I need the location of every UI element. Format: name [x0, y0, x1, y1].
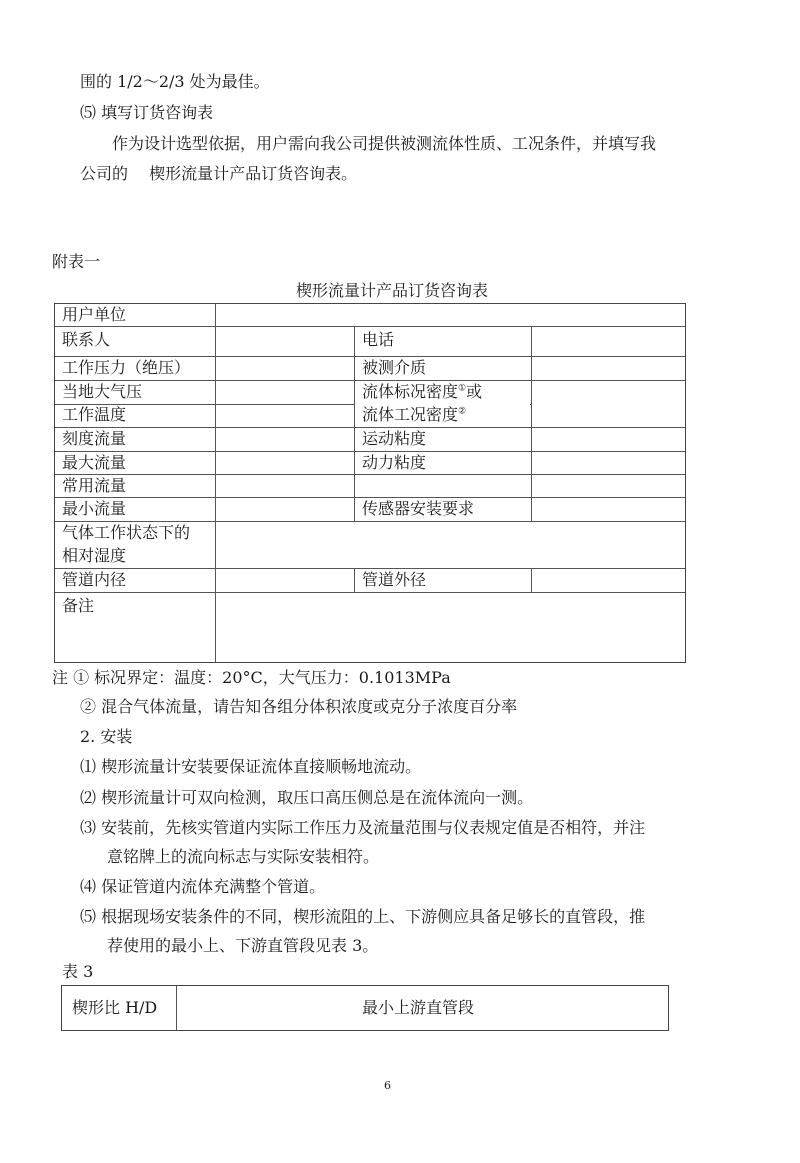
label-min-flow: 最小流量 — [62, 498, 126, 520]
label-humidity-line2: 相对湿度 — [62, 545, 126, 567]
label-scale-flow: 刻度流量 — [62, 428, 126, 450]
label-humidity-line1: 气体工作状态下的 — [62, 522, 190, 544]
install-item-4: ⑷ 保证管道内流体充满整个管道。 — [80, 877, 325, 897]
table3-header-upstream: 最小上游直管段 — [362, 997, 474, 1019]
label-max-flow: 最大流量 — [62, 452, 126, 474]
label-dynamic-viscosity: 动力粘度 — [362, 452, 426, 474]
body-text-line: 围的 1/2～2/3 处为最佳。 — [80, 72, 270, 92]
label-user-unit: 用户单位 — [62, 304, 126, 326]
order-inquiry-table: 用户单位 联系人 电话 工作压力（绝压） 被测介质 当地大气压 流体标况密度①或… — [54, 303, 686, 663]
table3-header-ratio: 楔形比 H/D — [72, 997, 157, 1019]
label-kinematic-viscosity: 运动粘度 — [362, 428, 426, 450]
install-item-3: ⑶ 安装前，先核实管道内实际工作压力及流量范围与仪表规定值是否相符，并注 — [80, 818, 645, 838]
label-pipe-outer: 管道外径 — [362, 569, 426, 591]
label-sensor-install: 传感器安装要求 — [362, 498, 474, 520]
section-heading: 2. 安装 — [80, 727, 132, 747]
install-item-1: ⑴ 楔形流量计安装要保证流体直接顺畅地流动。 — [80, 757, 421, 777]
body-text-line: 作为设计选型依据，用户需向我公司提供被测流体性质、工况条件，并填写我 — [112, 134, 656, 154]
install-item-5-cont: 荐使用的最小上、下游直管段见表 3。 — [107, 936, 378, 956]
label-density-standard: 流体标况密度①或 — [362, 381, 482, 403]
body-text-line: 公司的 楔形流量计产品订货咨询表。 — [80, 164, 357, 184]
install-item-3-cont: 意铭牌上的流向标志与实际安装相符。 — [107, 847, 379, 867]
label-work-temp: 工作温度 — [62, 404, 126, 426]
table3-label: 表 3 — [62, 962, 93, 982]
table-title: 楔形流量计产品订货咨询表 — [296, 281, 488, 301]
label-pipe-inner: 管道内径 — [62, 569, 126, 591]
note-1: 注 ① 标况界定：温度：20°C，大气压力：0.1013MPa — [52, 668, 451, 688]
page-number: 6 — [384, 1079, 391, 1092]
table3: 楔形比 H/D 最小上游直管段 — [61, 985, 669, 1031]
label-local-atm: 当地大气压 — [62, 381, 142, 403]
label-contact: 联系人 — [62, 329, 110, 351]
note-2: ② 混合气体流量，请告知各组分体积浓度或克分子浓度百分率 — [80, 697, 517, 717]
install-item-2: ⑵ 楔形流量计可双向检测，取压口高压侧总是在流体流向一测。 — [80, 788, 533, 808]
label-density-working: 流体工况密度② — [362, 404, 466, 426]
label-medium: 被测介质 — [362, 357, 426, 379]
label-work-pressure: 工作压力（绝压） — [62, 357, 190, 379]
label-normal-flow: 常用流量 — [62, 475, 126, 497]
appendix-label: 附表一 — [52, 252, 100, 272]
section-heading: ⑸ 填写订货咨询表 — [80, 103, 213, 123]
label-phone: 电话 — [362, 329, 394, 351]
label-remarks: 备注 — [62, 595, 94, 617]
install-item-5: ⑸ 根据现场安装条件的不同，楔形流阻的上、下游侧应具备足够长的直管段，推 — [80, 907, 645, 927]
